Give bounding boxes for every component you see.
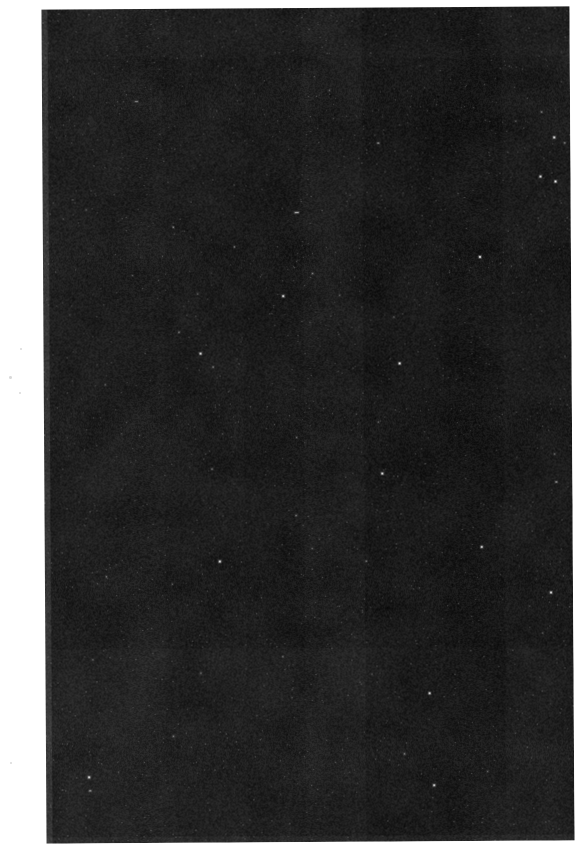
dust-speck xyxy=(19,392,21,394)
photo-canvas xyxy=(41,6,574,843)
dust-speck xyxy=(9,376,12,379)
scanned-page xyxy=(0,0,577,855)
dust-speck xyxy=(10,762,12,764)
dust-speck xyxy=(20,348,22,350)
dark-photograph xyxy=(41,6,574,843)
